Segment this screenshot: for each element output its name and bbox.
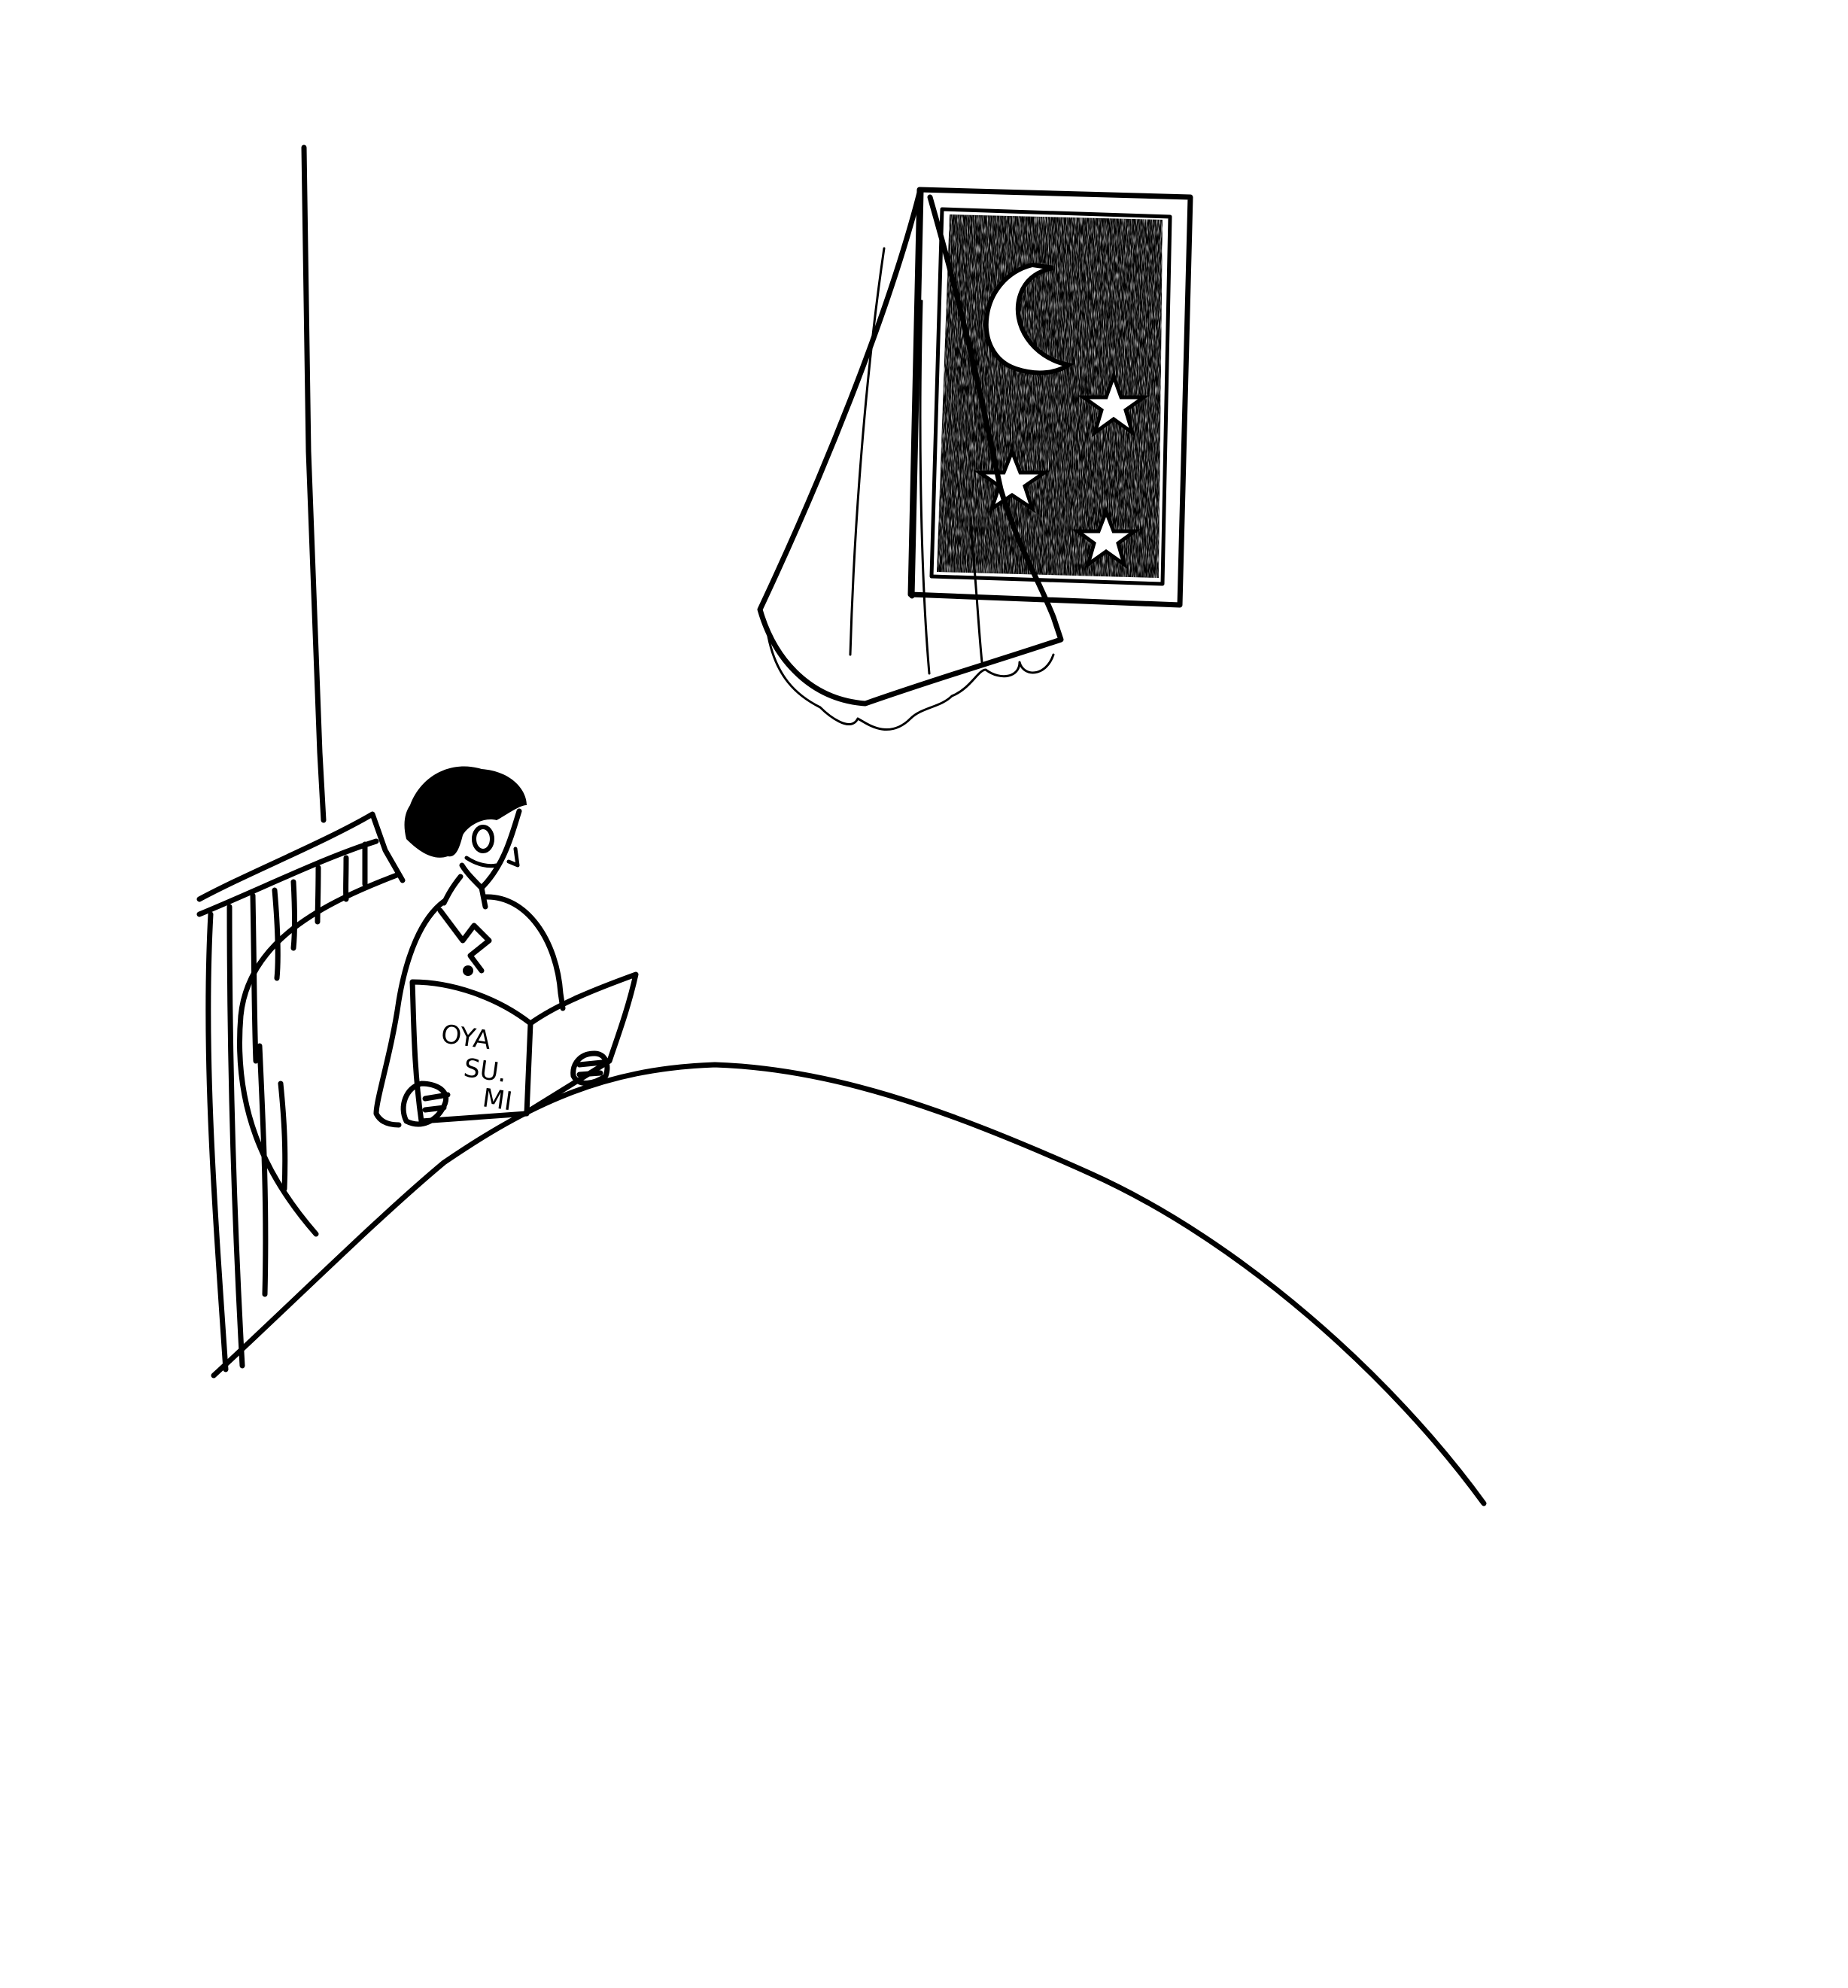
wall-corner-line [304, 147, 324, 820]
shoulder-arm [485, 897, 563, 1008]
curtain-fold [920, 301, 929, 673]
nose [509, 849, 518, 865]
book-title-line-1: OYA [439, 1019, 493, 1056]
neck [444, 877, 485, 907]
mouth [467, 858, 497, 866]
blanket [214, 1065, 1484, 1503]
book-title-line-3: MI [481, 1083, 515, 1117]
curtain-fold [850, 248, 884, 655]
illustration: OYA SU. MI [0, 0, 1848, 1988]
headboard-post [208, 914, 226, 1369]
eye [474, 827, 492, 851]
headboard-rail [199, 841, 376, 914]
curtain-scallops [767, 632, 1053, 730]
headboard [199, 814, 403, 1369]
collar [440, 910, 489, 971]
window [910, 190, 1190, 605]
button [463, 965, 473, 976]
person: OYA SU. MI [376, 767, 636, 1125]
